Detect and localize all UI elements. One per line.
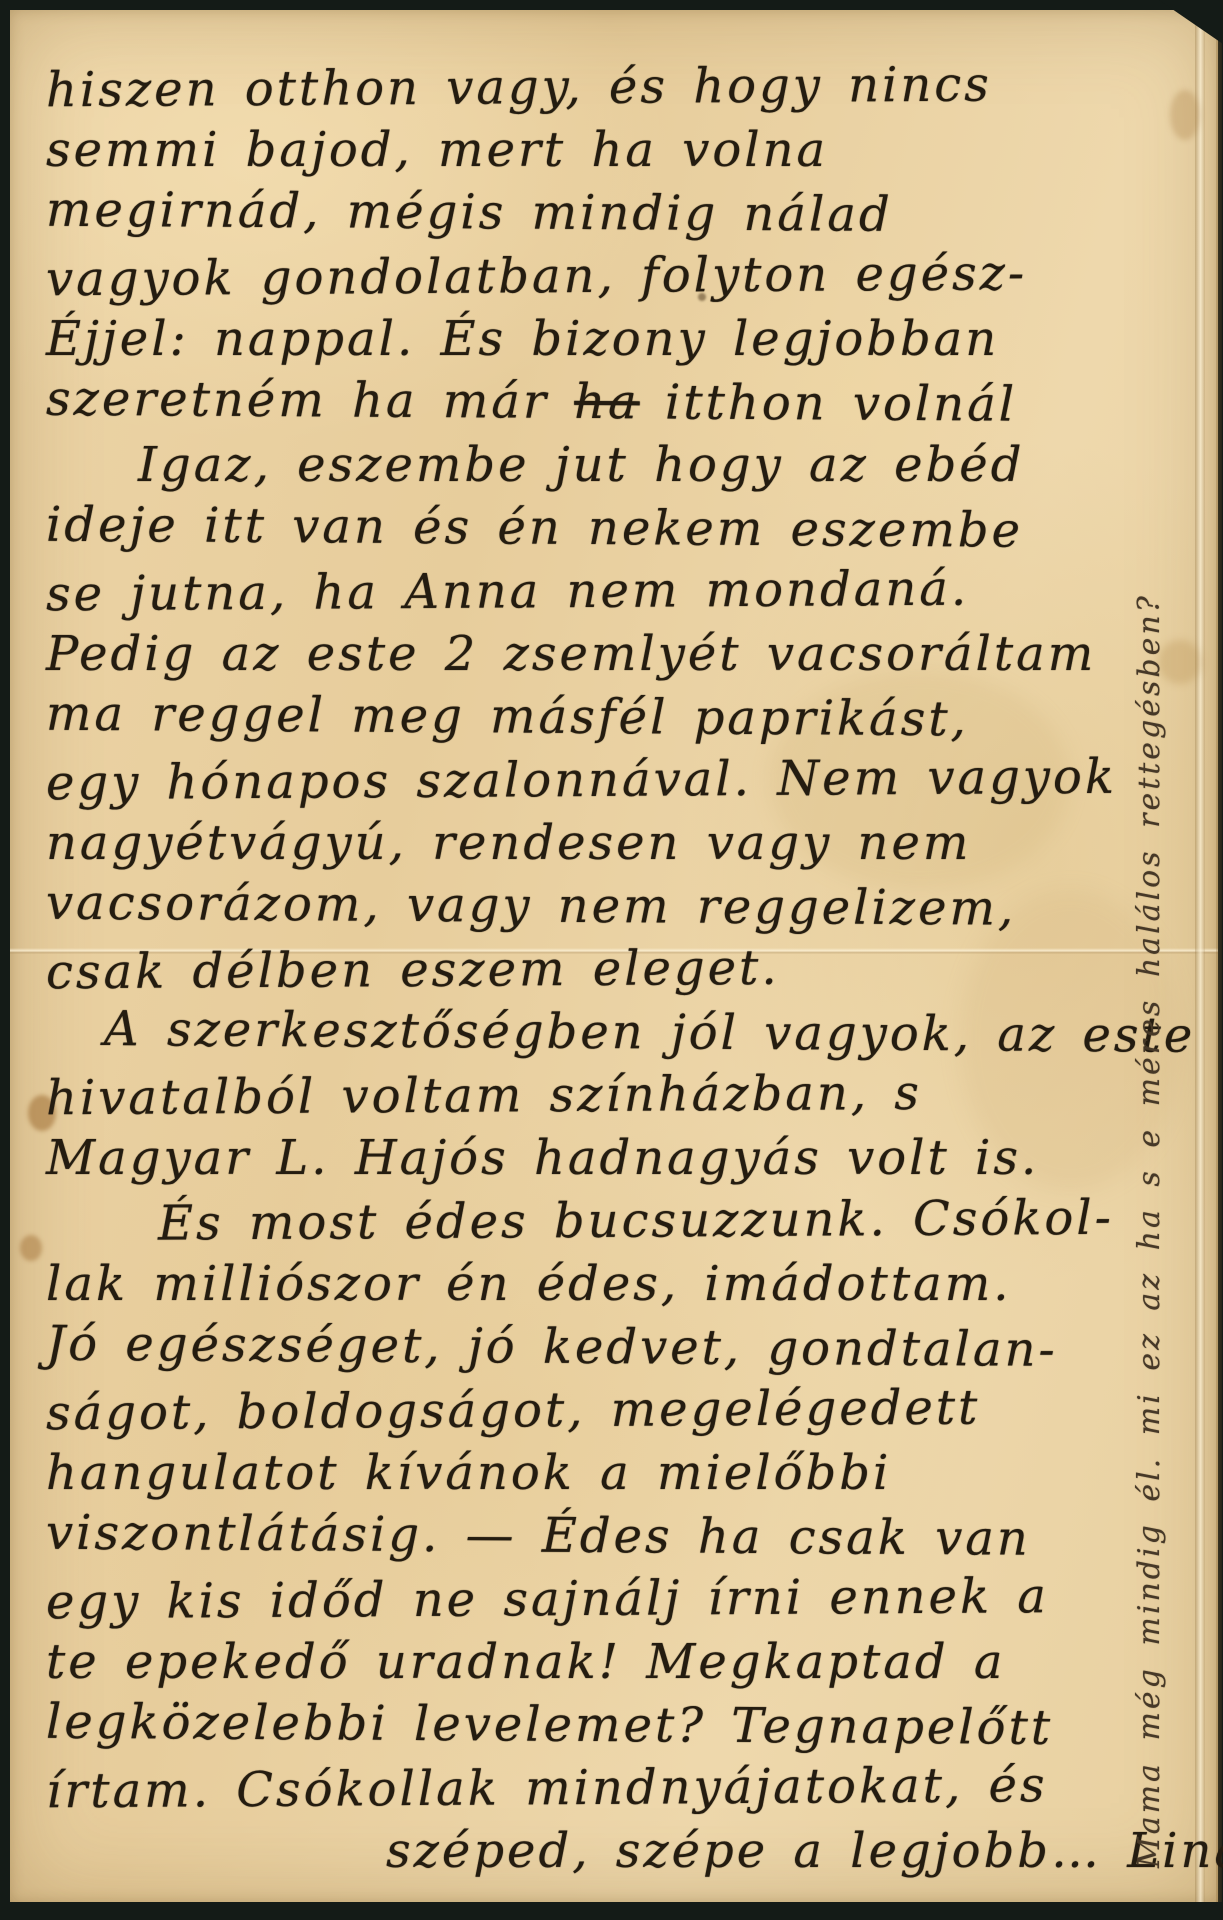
handwriting-line: széped, szépe a legjobb… Lina xyxy=(386,1820,1126,1883)
handwriting-line: egy hónapos szalonnával. Nem vagyok xyxy=(46,746,1126,816)
handwriting-text: vagyok gondolatban, folyton egész- xyxy=(46,245,1028,307)
handwriting-text: egy hónapos szalonnával. Nem vagyok xyxy=(46,749,1117,812)
handwriting-text: semmi bajod, mert ha volna xyxy=(46,122,828,178)
handwriting-text: nagyétvágyú, rendesen vagy nem xyxy=(46,815,971,871)
handwriting-text: ideje itt van és én nekem eszembe xyxy=(46,497,1023,559)
handwriting-text: Jó egészséget, jó kedvet, gondtalan- xyxy=(46,1316,1058,1378)
handwriting-line: legközelebbi levelemet? Tegnapelőtt xyxy=(46,1691,1126,1761)
handwriting-text: És most édes bucsuzzunk. Csókol- xyxy=(158,1190,1114,1252)
handwriting-line: hiszen otthon vagy, és hogy nincs xyxy=(46,53,1126,123)
handwriting-text: viszontlátásig. — Édes ha csak van xyxy=(46,1505,1031,1567)
handwriting-text: Éjjel: nappal. És bizony legjobban xyxy=(46,311,999,367)
handwriting-text: egy kis időd ne sajnálj írni ennek a xyxy=(46,1568,1049,1630)
handwriting-line: hivatalból voltam színházban, s xyxy=(46,1061,1126,1131)
handwriting-text: széped, szépe a legjobb… Lina xyxy=(386,1823,1223,1879)
handwriting-line: És most édes bucsuzzunk. Csókol- xyxy=(46,1187,1126,1257)
handwriting-line: ma reggel meg másfél paprikást, xyxy=(46,683,1126,753)
handwriting-text: se jutna, ha Anna nem mondaná. xyxy=(46,561,969,623)
letter-paragraph: hiszen otthon vagy, és hogy nincssemmi b… xyxy=(46,56,1126,434)
handwriting-line: nagyétvágyú, rendesen vagy nem xyxy=(46,812,1126,875)
handwriting-text: itthon volnál xyxy=(640,374,1018,432)
handwriting-line: írtam. Csókollak mindnyájatokat, és xyxy=(46,1754,1126,1824)
handwriting-line: se jutna, ha Anna nem mondaná. xyxy=(46,557,1126,627)
letter-paragraph: Igaz, eszembe jut hogy az ebédideje itt … xyxy=(46,434,1126,1001)
handwriting-text: ma reggel meg másfél paprikást, xyxy=(46,686,969,748)
margin-note: Mama még mindig él. mi ez az ha s e mére… xyxy=(1132,68,1167,1868)
paper-stain xyxy=(1170,90,1200,140)
handwriting-line: ideje itt van és én nekem eszembe xyxy=(46,494,1126,564)
handwriting-text: A szerkesztőségben jól vagyok, az este xyxy=(104,1001,1196,1064)
handwriting-line: Igaz, eszembe jut hogy az ebéd xyxy=(46,434,1126,497)
handwriting-text: csak délben eszem eleget. xyxy=(46,940,780,1000)
letter-paragraph: És most édes bucsuzzunk. Csókol-lak mill… xyxy=(46,1190,1126,1883)
handwriting-line: megirnád, mégis mindig nálad xyxy=(46,179,1126,249)
handwriting-line: szeretném ha már ha itthon volnál xyxy=(46,368,1126,438)
handwriting-text: hivatalból voltam színházban, s xyxy=(46,1065,922,1126)
handwriting-line: egy kis időd ne sajnálj írni ennek a xyxy=(46,1565,1126,1635)
handwriting-line: ságot, boldogságot, megelégedett xyxy=(46,1376,1126,1446)
handwriting-line: vagyok gondolatban, folyton egész- xyxy=(46,242,1126,312)
letter-paper: hiszen otthon vagy, és hogy nincssemmi b… xyxy=(10,10,1218,1902)
paper-right-edge xyxy=(1216,10,1222,1902)
handwriting-line: semmi bajod, mert ha volna xyxy=(46,119,1126,182)
handwriting-text: írtam. Csókollak mindnyájatokat, és xyxy=(46,1757,1048,1819)
handwriting-line: Jó egészséget, jó kedvet, gondtalan- xyxy=(46,1313,1126,1383)
handwriting-line: A szerkesztőségben jól vagyok, az este xyxy=(46,998,1126,1068)
letter-paragraph: A szerkesztőségben jól vagyok, az estehi… xyxy=(46,1001,1126,1190)
handwriting-text: ságot, boldogságot, megelégedett xyxy=(46,1380,981,1442)
handwriting-line: viszontlátásig. — Édes ha csak van xyxy=(46,1502,1126,1572)
struck-word: ha xyxy=(574,374,640,430)
letter-lines: hiszen otthon vagy, és hogy nincssemmi b… xyxy=(46,56,1126,1883)
handwriting-text: Magyar L. Hajós hadnagyás volt is. xyxy=(46,1130,1039,1186)
vertical-fold-crease xyxy=(1195,10,1205,1902)
handwriting-text: hiszen otthon vagy, és hogy nincs xyxy=(46,57,992,119)
ink-stain xyxy=(20,1235,42,1261)
handwriting-text: te epekedő uradnak! Megkaptad a xyxy=(46,1634,1005,1690)
handwriting-text: megirnád, mégis mindig nálad xyxy=(46,182,893,243)
handwriting-line: lak milliószor én édes, imádottam. xyxy=(46,1253,1126,1316)
handwriting-text: Igaz, eszembe jut hogy az ebéd xyxy=(138,437,1024,493)
handwriting-line: te epekedő uradnak! Megkaptad a xyxy=(46,1631,1126,1694)
handwriting-text: legközelebbi levelemet? Tegnapelőtt xyxy=(46,1694,1053,1756)
handwriting-line: csak délben eszem eleget. xyxy=(46,935,1126,1005)
scanned-letter-page: hiszen otthon vagy, és hogy nincssemmi b… xyxy=(0,0,1223,1920)
handwriting-text: Pedig az este 2 zsemlyét vacsoráltam xyxy=(46,626,1096,682)
handwriting-text: hangulatot kívánok a mielőbbi xyxy=(46,1445,891,1501)
handwriting-text: lak milliószor én édes, imádottam. xyxy=(46,1256,1012,1312)
handwriting-line: Magyar L. Hajós hadnagyás volt is. xyxy=(46,1127,1126,1190)
handwriting-text: vacsorázom, vagy nem reggelizem, xyxy=(46,875,1017,937)
handwriting-line: vacsorázom, vagy nem reggelizem, xyxy=(46,872,1126,942)
handwriting-line: Pedig az este 2 zsemlyét vacsoráltam xyxy=(46,623,1126,686)
handwriting-line: Éjjel: nappal. És bizony legjobban xyxy=(46,308,1126,371)
handwriting-text: szeretném ha már xyxy=(46,371,575,430)
handwriting-line: hangulatot kívánok a mielőbbi xyxy=(46,1442,1126,1505)
